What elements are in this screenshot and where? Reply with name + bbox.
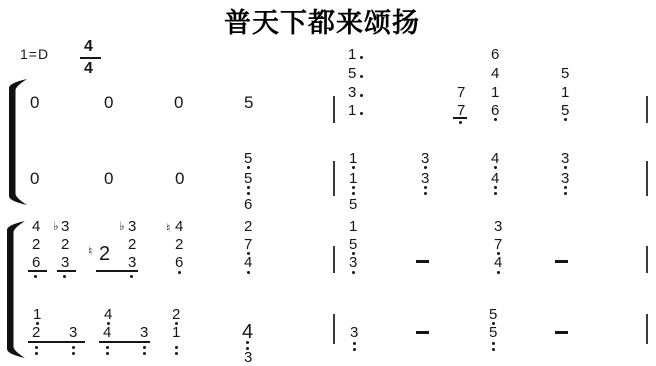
natural-sign: ♮ xyxy=(88,245,92,257)
flat-sign: ♭ xyxy=(119,220,125,232)
note-digit: 2 xyxy=(61,238,69,251)
note-digit: 5 xyxy=(244,152,252,165)
note-digit: 5 xyxy=(489,326,497,339)
note-digit: 7 xyxy=(494,238,502,251)
octave-dot xyxy=(63,275,66,278)
octave-dot xyxy=(130,275,133,278)
note-digit: 5 xyxy=(349,198,357,211)
note-digit: 2 xyxy=(32,326,40,339)
bar-line xyxy=(333,96,335,123)
note-digit: 2 xyxy=(32,238,40,251)
beam-line xyxy=(57,270,76,272)
octave-dot2 xyxy=(492,342,495,345)
octave-dot2 xyxy=(353,342,356,345)
natural-sign: ♮ xyxy=(166,222,170,234)
note-digit: 7 xyxy=(457,104,465,117)
note-digit: 5 xyxy=(561,104,569,117)
aug-dot xyxy=(360,56,363,59)
note-digit: 1 xyxy=(33,308,41,321)
octave-dot xyxy=(247,271,250,274)
note-digit: 5 xyxy=(489,308,497,321)
aug-dot xyxy=(360,112,363,115)
note-digit: 3 xyxy=(421,172,429,185)
note-digit: 3 xyxy=(561,172,569,185)
note-digit: 3 xyxy=(61,256,69,269)
octave-dot xyxy=(564,166,567,169)
note-digit: 4 xyxy=(491,67,499,80)
dash-line xyxy=(555,331,568,334)
octave-dot2 xyxy=(246,341,249,344)
octave-dot2 xyxy=(352,186,355,189)
bar-line xyxy=(646,246,648,273)
flat-sign: ♭ xyxy=(53,220,59,232)
note-digit: 4 xyxy=(494,256,502,269)
bar-line xyxy=(646,314,648,344)
note-digit: 6 xyxy=(32,256,40,269)
note-digit: 6 xyxy=(491,104,499,117)
octave-dot xyxy=(564,118,567,121)
note-digit: 5 xyxy=(244,172,252,185)
rest-zero: 0 xyxy=(174,95,183,110)
note-digit: 1 xyxy=(349,152,357,165)
note-digit: 3 xyxy=(61,220,69,233)
octave-dot xyxy=(247,166,250,169)
beam-line xyxy=(28,270,47,272)
beam-line xyxy=(28,341,85,343)
note-digit: 7 xyxy=(244,238,252,251)
sheet-music-page: 1=D 4 4 普天下都来颂扬 000515317764165150005561… xyxy=(0,0,656,366)
note-digit: 4 xyxy=(491,152,499,165)
note-digit: 4 xyxy=(491,172,499,185)
dash-line xyxy=(416,260,429,263)
octave-dot2 xyxy=(494,186,497,189)
note-digit: 1 xyxy=(172,326,180,339)
note-digit: 4 xyxy=(244,256,252,269)
score-layer: 00051531776416515000556115334433426♭323♮… xyxy=(0,0,656,366)
note-digit: 2 xyxy=(175,238,183,251)
note-digit: 3 xyxy=(494,220,502,233)
note-digit: 1 xyxy=(491,86,499,99)
note-digit: 1 xyxy=(349,220,357,233)
note-digit: 3 xyxy=(349,256,357,269)
note-digit: 1 xyxy=(349,172,357,185)
note-digit: 2 xyxy=(244,220,252,233)
octave-dot2 xyxy=(72,346,75,349)
bar-line xyxy=(646,161,648,196)
note-digit: 4 xyxy=(103,326,111,339)
rest-zero: 0 xyxy=(104,171,113,186)
rest-zero: 0 xyxy=(175,171,184,186)
note-digit: 3 xyxy=(421,152,429,165)
beam-line xyxy=(453,117,467,119)
note-digit: 7 xyxy=(457,86,465,99)
aug-dot xyxy=(360,94,363,97)
note-digit: 5 xyxy=(244,95,253,110)
octave-dot xyxy=(352,166,355,169)
octave-dot xyxy=(34,275,37,278)
note-digit: 4 xyxy=(104,308,112,321)
aug-dot xyxy=(360,75,363,78)
octave-dot2 xyxy=(247,186,250,189)
note-digit: 3 xyxy=(350,326,358,339)
note-digit: 1 xyxy=(348,48,356,61)
octave-dot xyxy=(494,118,497,121)
note-digit: 6 xyxy=(491,48,499,61)
note-digit: 3 xyxy=(140,326,148,339)
rest-zero: 0 xyxy=(104,95,113,110)
octave-dot2 xyxy=(175,346,178,349)
bar-line xyxy=(333,161,335,196)
note-digit: 5 xyxy=(348,67,356,80)
rest-zero: 0 xyxy=(30,171,39,186)
octave-dot xyxy=(459,121,462,124)
rest-zero: 0 xyxy=(30,95,39,110)
octave-dot xyxy=(424,166,427,169)
note-digit: 3 xyxy=(348,86,356,99)
dash-line xyxy=(555,260,568,263)
note-digit: 3 xyxy=(69,326,77,339)
note-digit: 1 xyxy=(348,104,356,117)
beam-line xyxy=(99,341,150,343)
note-digit: 3 xyxy=(561,152,569,165)
dash-line xyxy=(416,331,429,334)
note-digit: 5 xyxy=(561,67,569,80)
note-digit: 2 xyxy=(172,308,180,321)
note-digit-large: 2 xyxy=(99,245,110,263)
octave-dot xyxy=(494,166,497,169)
octave-dot2 xyxy=(143,346,146,349)
note-digit: 2 xyxy=(128,238,136,251)
note-digit: 6 xyxy=(175,256,183,269)
note-digit: 1 xyxy=(561,86,569,99)
bar-line xyxy=(333,246,335,273)
octave-dot2 xyxy=(35,346,38,349)
octave-dot2 xyxy=(424,186,427,189)
note-digit: 6 xyxy=(244,198,252,211)
octave-dot xyxy=(497,271,500,274)
octave-dot2 xyxy=(106,346,109,349)
note-digit: 3 xyxy=(244,351,252,364)
octave-dot2 xyxy=(564,186,567,189)
note-digit: 3 xyxy=(128,256,136,269)
note-digit: 4 xyxy=(32,220,40,233)
note-digit: 3 xyxy=(128,220,136,233)
octave-dot xyxy=(352,271,355,274)
note-digit: 5 xyxy=(349,238,357,251)
bar-line xyxy=(333,314,335,344)
bar-line xyxy=(646,96,648,123)
note-digit: 4 xyxy=(175,220,183,233)
octave-dot xyxy=(178,271,181,274)
note-digit-large: 4 xyxy=(242,323,253,341)
